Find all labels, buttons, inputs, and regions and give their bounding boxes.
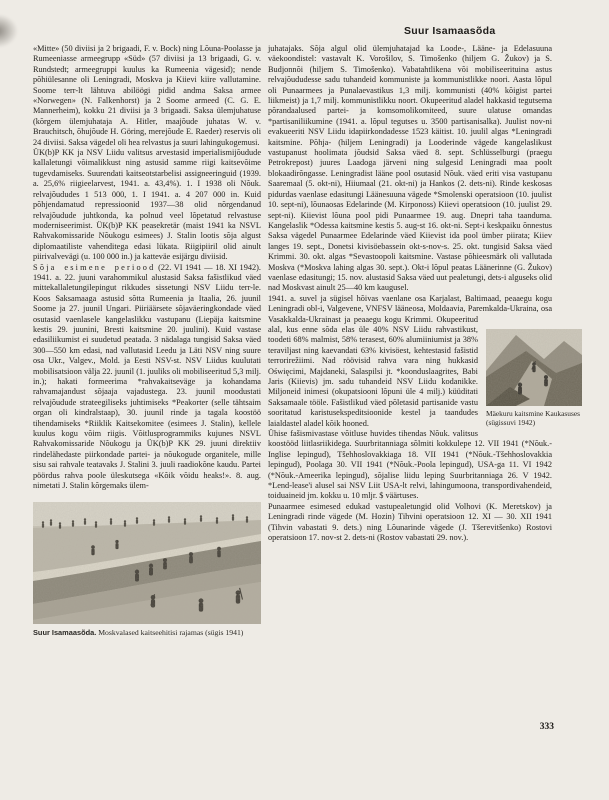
paragraph-text: juhatajaks. Sõja algul olid ülemjuhataja…: [268, 44, 552, 292]
right-column: juhatajaks. Sõja algul olid ülemjuhataja…: [268, 44, 552, 544]
body-paragraph: 1941. a. suvel ja sügisel hõivas vaenlan…: [268, 294, 552, 429]
figure-main-caption: Suur Isamaasõda. Moskvalased kaitseehiti…: [33, 628, 261, 638]
paragraph-text: «Mitte» (50 diviisi ja 2 brigaadi, F. v.…: [33, 44, 261, 147]
body-paragraph: Punaarmee esimesed edukad vastupealetung…: [268, 502, 552, 544]
caption-text: Moskvalased kaitseehitisi rajamas (sügis…: [96, 628, 243, 637]
figure-inset-caption: Mäekuru kaitsmine Kaukasuses (sügissuvi …: [486, 409, 582, 427]
photo-mountain-pass-image: [486, 329, 582, 406]
photo-trench-digging-image: [33, 502, 261, 624]
left-column: «Mitte» (50 diviisi ja 2 brigaadi, F. v.…: [33, 44, 261, 638]
page-number: 333: [528, 722, 554, 732]
body-paragraph: Ühise fašismivastase võitluse huvides ti…: [268, 429, 552, 502]
scan-smudge: [0, 14, 18, 48]
running-head: Suur Isamaasõda: [404, 25, 495, 37]
section-lead: Sõja esimene periood: [33, 263, 156, 272]
paragraph-text: ÜK(b)P KK ja NSV Liidu valitsus arvestas…: [33, 148, 261, 261]
caption-lead: Suur Isamaasõda.: [33, 628, 96, 637]
figure-main: Suur Isamaasõda. Moskvalased kaitseehiti…: [33, 502, 261, 638]
encyclopedia-page: Suur Isamaasõda «Mitte» (50 diviisi ja 2…: [0, 0, 609, 800]
paragraph-text: Punaarmee esimesed edukad vastupealetung…: [268, 502, 552, 542]
paragraph-text: 1941. a. suvel ja sügisel hõivas vaenlan…: [268, 294, 552, 313]
body-paragraph: «Mitte» (50 diviisi ja 2 brigaadi, F. v.…: [33, 44, 261, 148]
paragraph-text: Ühise fašismivastase võitluse huvides ti…: [268, 429, 552, 500]
body-paragraph: Sõja esimene periood (22. VI 1941 — 18. …: [33, 263, 261, 492]
figure-inset: Mäekuru kaitsmine Kaukasuses (sügissuvi …: [486, 329, 582, 427]
body-paragraph: juhatajaks. Sõja algul olid ülemjuhataja…: [268, 44, 552, 294]
body-paragraph: ÜK(b)P KK ja NSV Liidu valitsus arvestas…: [33, 148, 261, 262]
paragraph-text: (22. VI 1941 — 18. XI 1942). 1941. a. 22…: [33, 263, 261, 491]
